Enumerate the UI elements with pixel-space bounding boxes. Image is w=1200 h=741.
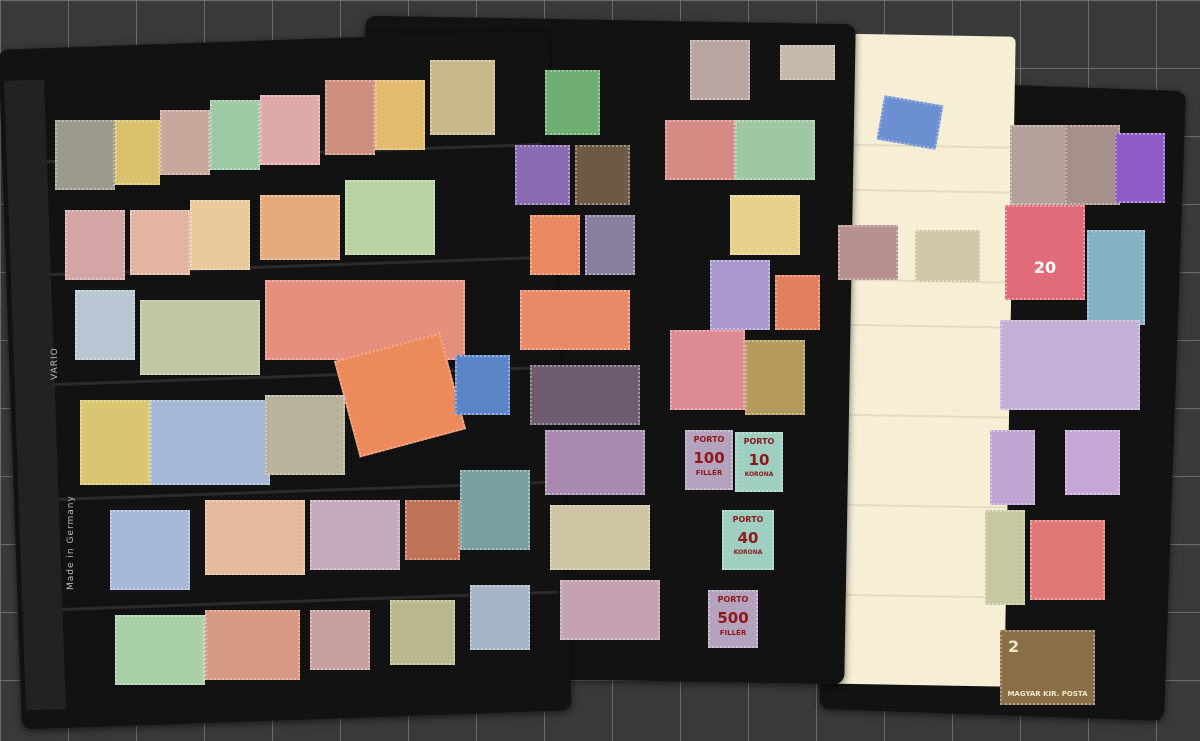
stamp [515, 145, 570, 205]
stamp [375, 80, 425, 150]
madonna-stamp: 20 [1005, 205, 1085, 300]
stamp [838, 225, 898, 280]
stamp [545, 430, 645, 495]
porto-stamp-100: PORTO 100 FILLÉR [685, 430, 733, 490]
stamp [310, 610, 370, 670]
stamp [205, 500, 305, 575]
stamp [710, 260, 770, 330]
stamp-unit: FILLÉR [710, 630, 756, 638]
stamp [430, 60, 495, 135]
stamp [390, 600, 455, 665]
stamp [205, 610, 300, 680]
stamp [405, 500, 460, 560]
stamp [520, 290, 630, 350]
porto-stamp-40: PORTO 40 KORONA [722, 510, 774, 570]
stamp [665, 120, 735, 180]
stamp [530, 215, 580, 275]
made-in-germany-label: Made in Germany [66, 495, 76, 590]
stamp [260, 195, 340, 260]
stamp [550, 505, 650, 570]
stamp-value: 20 [1007, 259, 1083, 277]
stamp-value: 10 [737, 452, 781, 469]
stamp [310, 500, 400, 570]
stamp [670, 330, 745, 410]
stamp [265, 395, 345, 475]
stamp-value: 100 [687, 450, 731, 467]
stamp-value: 40 [724, 530, 772, 547]
stamp [55, 120, 115, 190]
stamp [1115, 133, 1165, 203]
stamp [1065, 125, 1120, 205]
stamp [130, 210, 190, 275]
stamp [140, 300, 260, 375]
stamp-text: PORTO [710, 596, 756, 605]
stamp [690, 40, 750, 100]
stamp [345, 180, 435, 255]
stamp [150, 400, 270, 485]
stamp [110, 510, 190, 590]
stamp [1087, 230, 1145, 325]
stamp-value: 2 [1008, 638, 1019, 656]
stamp [985, 510, 1025, 605]
stamp [915, 230, 980, 282]
stamp [75, 290, 135, 360]
stamp [530, 365, 640, 425]
stamp [470, 585, 530, 650]
stamp-value: 500 [710, 610, 756, 627]
stamp-inscription: MAGYAR KIR. POSTA [1002, 691, 1093, 699]
stamp [115, 120, 160, 185]
stamp [1065, 430, 1120, 495]
stamp-unit: KORONA [724, 550, 772, 557]
stamp-text: PORTO [724, 516, 772, 525]
stamp [730, 195, 800, 255]
vario-label: VARIO [50, 347, 60, 380]
stamp [775, 275, 820, 330]
stamp-text: PORTO [737, 438, 781, 447]
stamp [190, 200, 250, 270]
stamp-text: PORTO [687, 436, 731, 445]
stamp [585, 215, 635, 275]
stamp [80, 400, 150, 485]
stamp [65, 210, 125, 280]
stamp [560, 580, 660, 640]
stamp [990, 430, 1035, 505]
stamp [780, 45, 835, 80]
porto-stamp-10: PORTO 10 KORONA [735, 432, 783, 492]
stamp-unit: KORONA [737, 472, 781, 479]
stamp [455, 355, 510, 415]
stamp [735, 120, 815, 180]
stamp [115, 615, 205, 685]
stamp-unit: FILLÉR [687, 470, 731, 478]
stamp [210, 100, 260, 170]
stamp [260, 95, 320, 165]
stamp [745, 340, 805, 415]
stamp [545, 70, 600, 135]
stamp [1000, 320, 1140, 410]
stamp [325, 80, 375, 155]
stamp [160, 110, 210, 175]
portrait-stamp: 2 MAGYAR KIR. POSTA [1000, 630, 1095, 705]
stamp [460, 470, 530, 550]
stamp [1030, 520, 1105, 600]
stamp [575, 145, 630, 205]
porto-stamp-500: PORTO 500 FILLÉR [708, 590, 758, 648]
stamp [1010, 125, 1070, 205]
